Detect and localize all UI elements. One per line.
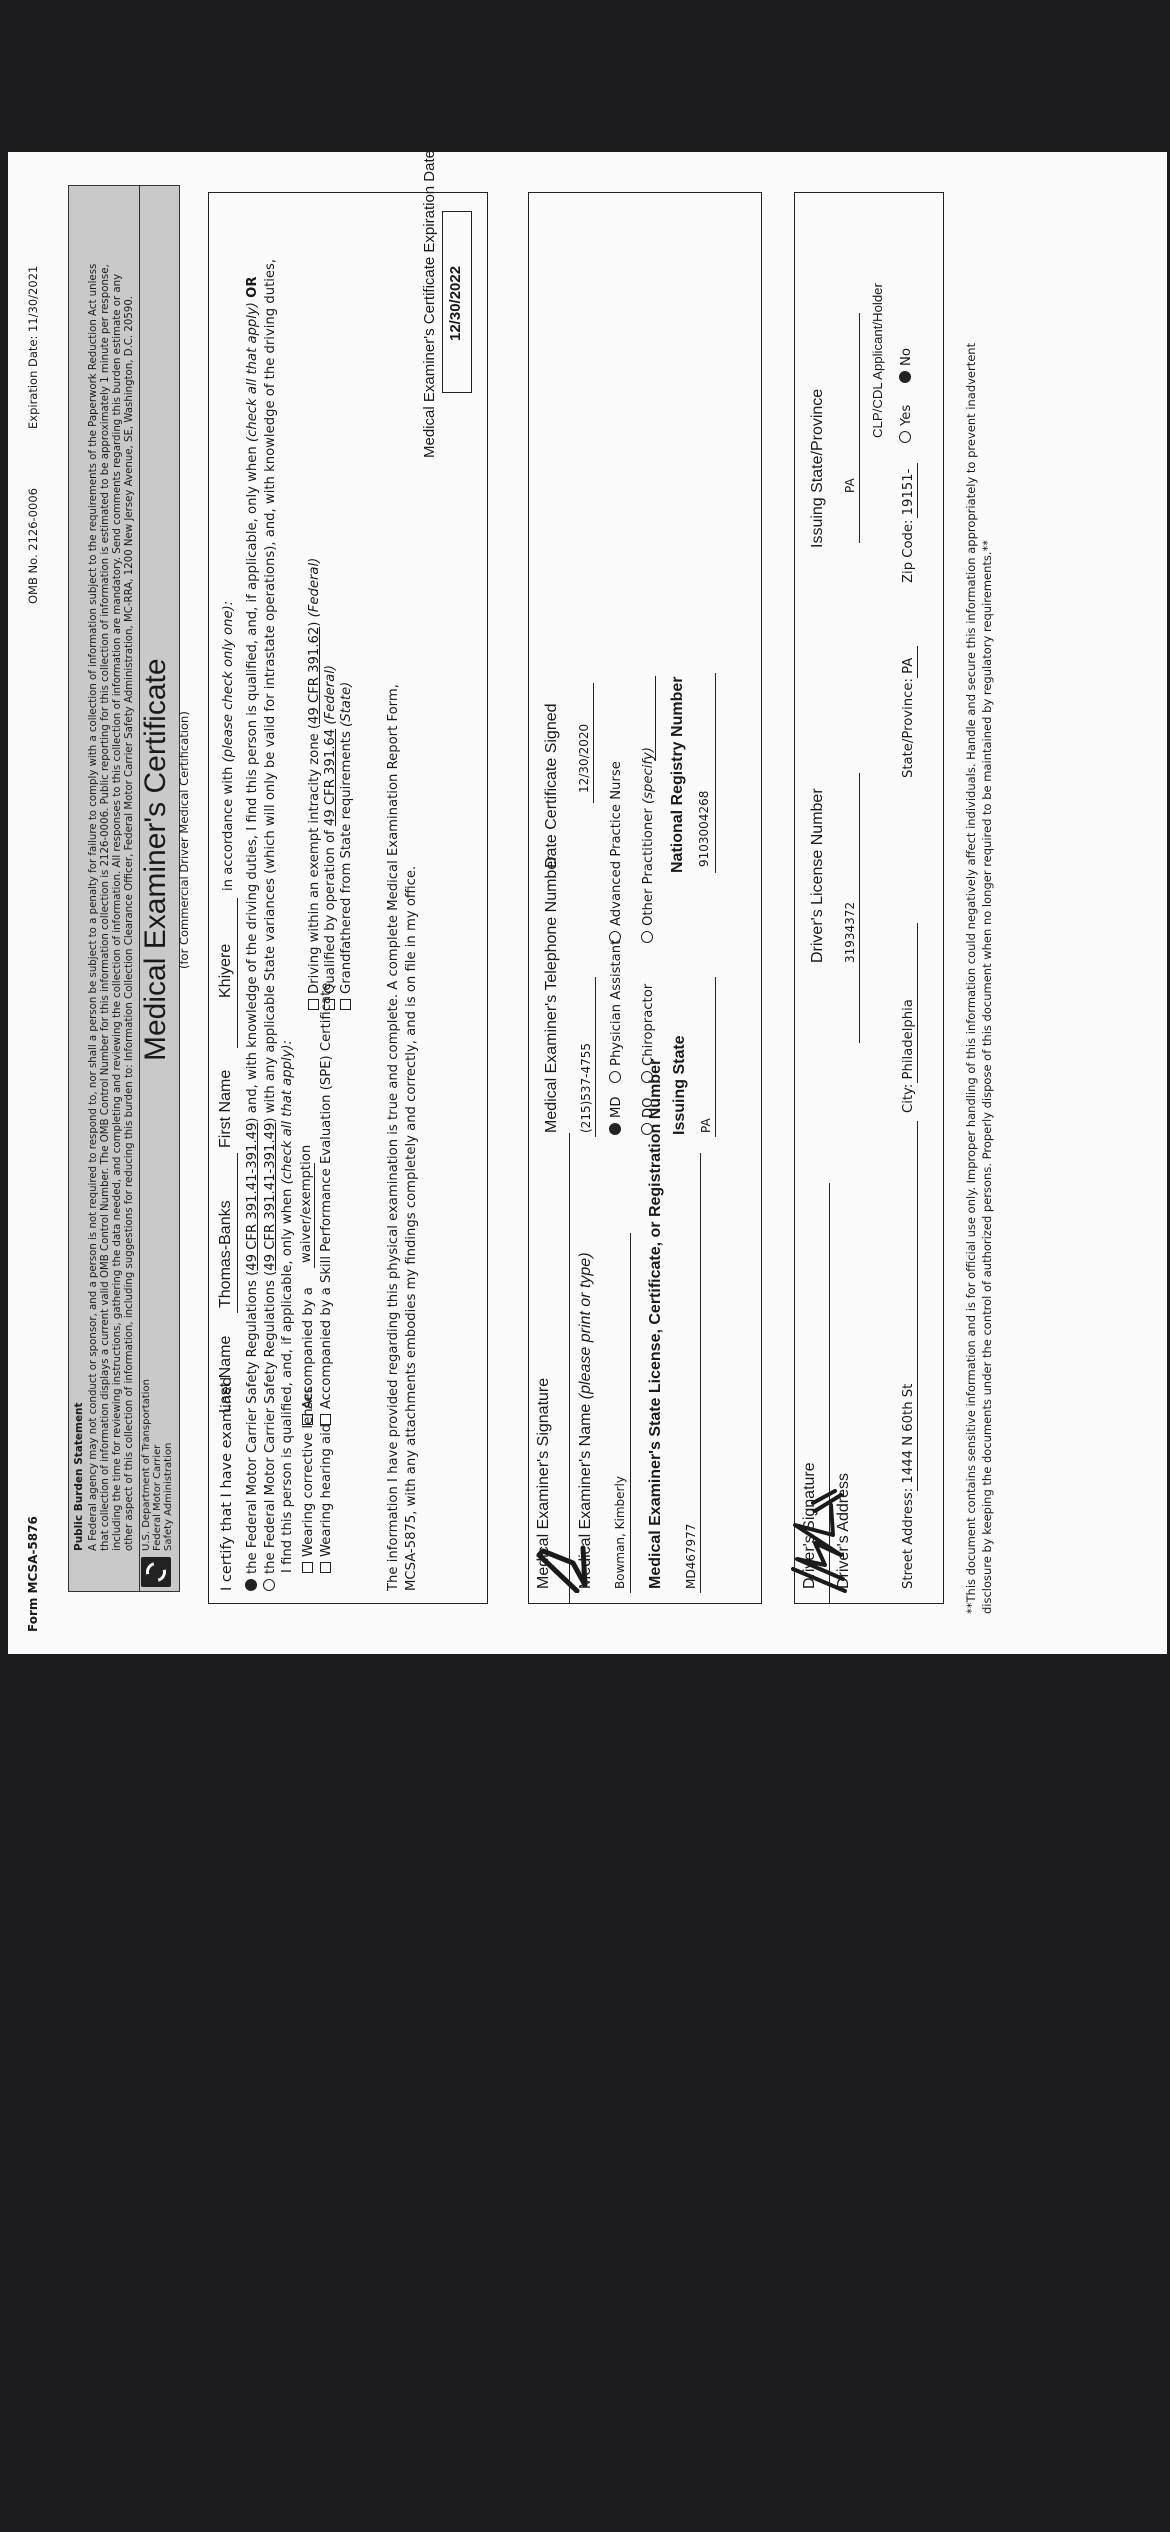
driver-issuing-underline: [859, 313, 860, 543]
option-state-variance[interactable]: the Federal Motor Carrier Safety Regulat…: [263, 259, 278, 1591]
condition-label: Grandfathered from State requirements: [339, 731, 354, 994]
cfr-link[interactable]: 49 CFR 391.41-391.49: [263, 1123, 278, 1271]
state-field[interactable]: State/Province: PA: [901, 658, 916, 778]
phone-underline: [595, 977, 596, 1137]
footer-line: **This document contains sensitive infor…: [964, 343, 978, 1614]
checkbox-icon[interactable]: [302, 1562, 313, 1573]
burden-line: including the time for reviewing instruc…: [112, 274, 123, 1551]
state-underline: [917, 646, 918, 678]
burden-line: A Federal agency may not conduct or spon…: [88, 264, 99, 1551]
agency-line: Safety Administration: [163, 1443, 174, 1551]
radio-state-variance-icon[interactable]: [263, 1579, 275, 1591]
condition-label: Driving within an exempt intracity zone …: [307, 724, 322, 994]
option2-post: ) with any applicable State variances (w…: [263, 259, 278, 1123]
zip-label: Zip Code:: [901, 520, 916, 583]
examiner-name-label: Medical Examiner's Name (please print or…: [577, 1252, 595, 1589]
burden-title: Public Burden Statement: [73, 1402, 85, 1551]
date-signed-label: Date Certificate Signed: [543, 703, 561, 868]
credential-label: MD: [609, 1096, 624, 1118]
license-label: Medical Examiner's State License, Certif…: [647, 1059, 665, 1589]
date-signed-underline: [593, 683, 594, 803]
checkbox-icon[interactable]: [302, 1414, 313, 1425]
credential-md[interactable]: MD: [609, 1096, 624, 1135]
city-underline: [917, 923, 918, 1083]
condition-waiver[interactable]: Accompanied by a: [301, 1287, 316, 1425]
license-value[interactable]: MD467977: [684, 1524, 698, 1589]
examiner-phone-value[interactable]: (215)537-4755: [579, 1043, 593, 1133]
city-field[interactable]: City: Philadelphia: [901, 999, 916, 1113]
scanned-page: Form MCSA-5876 OMB No. 2126-0006 Expirat…: [8, 152, 1167, 1654]
examiner-name-label-italic: (please print or type): [577, 1252, 594, 1399]
clp-no-label: No: [899, 348, 914, 366]
clp-label: CLP/CDL Applicant/Holder: [870, 283, 885, 438]
clp-yes-label: Yes: [899, 405, 914, 426]
option2-pre: the Federal Motor Carrier Safety Regulat…: [263, 1271, 278, 1574]
radio-icon[interactable]: [609, 931, 621, 943]
omb-number: OMB No. 2126-0006: [26, 488, 40, 604]
clp-no[interactable]: No: [899, 348, 914, 383]
burden-line: that collection of information displays …: [100, 264, 111, 1551]
certification-section: I certify that I have examined Last Name…: [208, 192, 488, 1604]
zip-value[interactable]: 19151-: [901, 469, 916, 516]
issuing-state-value[interactable]: PA: [699, 1118, 713, 1133]
cfr-link[interactable]: 49 CFR 391.62: [307, 627, 322, 724]
credential-apn[interactable]: Advanced Practice Nurse: [609, 761, 624, 943]
option1-or: OR: [245, 277, 260, 298]
driver-license-label: Driver's License Number: [809, 788, 827, 963]
clp-yes[interactable]: Yes: [899, 405, 914, 443]
option2-line2-text: I find this person is qualified, and, if…: [280, 1189, 295, 1573]
option1-italic: (check all that apply): [245, 302, 260, 442]
first-name-underline: [237, 898, 238, 1048]
street-underline: [917, 1121, 918, 1491]
issuing-state-label: Issuing State: [671, 1035, 689, 1135]
cfr-link[interactable]: 49 CFR 391.64: [323, 729, 338, 826]
checkbox-icon[interactable]: [308, 999, 319, 1010]
driver-license-underline: [859, 773, 860, 1043]
last-name-value[interactable]: Thomas-Banks: [217, 1200, 235, 1308]
option1-pre: the Federal Motor Carrier Safety Regulat…: [245, 1271, 260, 1574]
examiner-name-underline: [630, 1233, 631, 1593]
examiner-name-value[interactable]: Bowman, Kimberly: [613, 1476, 627, 1589]
footer-line: disclosure by keeping the documents unde…: [980, 540, 994, 1614]
examiner-signature-line: [569, 1133, 570, 1603]
condition-label: Accompanied by a Skill Performance Evalu…: [319, 983, 334, 1409]
examiner-phone-label: Medical Examiner's Telephone Number: [543, 855, 561, 1133]
driver-section: Driver's Signature Driver's License Numb…: [794, 192, 944, 1604]
driver-license-value[interactable]: 31934372: [843, 902, 857, 963]
condition-hearing-aid[interactable]: Wearing hearing aid: [319, 1424, 334, 1573]
last-name-underline: [237, 1153, 238, 1313]
certificate-subtitle: (for Commercial Driver Medical Certifica…: [177, 711, 191, 969]
radio-icon[interactable]: [609, 1071, 621, 1083]
option1-post: ) and, with knowledge of the driving dut…: [245, 446, 260, 1122]
statement-line: MCSA-5875, with any attachments embodies…: [404, 866, 419, 1591]
last-name-label: Last Name: [217, 1336, 235, 1413]
first-name-value[interactable]: Khiyere: [217, 944, 235, 998]
waiver-underline: [314, 1163, 315, 1268]
accordance-label: in accordance with: [221, 767, 236, 891]
credential-label: Advanced Practice Nurse: [609, 761, 624, 926]
street-value[interactable]: 1444 N 60th St: [901, 1384, 916, 1484]
city-value[interactable]: Philadelphia: [901, 999, 916, 1079]
other-practitioner-underline: [655, 676, 656, 761]
option-federal[interactable]: the Federal Motor Carrier Safety Regulat…: [245, 277, 260, 1591]
radio-icon[interactable]: [641, 931, 653, 943]
certificate-title: Medical Examiner's Certificate: [139, 658, 173, 1061]
credential-italic: (specify): [641, 747, 656, 804]
option2-line2-italic: (check all that apply):: [280, 1040, 295, 1184]
zip-field[interactable]: Zip Code: 19151-: [901, 469, 916, 583]
registry-underline: [715, 673, 716, 873]
radio-no-selected-icon[interactable]: [899, 371, 911, 383]
condition-italic: (Federal): [323, 665, 338, 725]
cfr-link[interactable]: 49 CFR 391.41-391.49: [245, 1123, 260, 1271]
option2-line2: I find this person is qualified, and, if…: [280, 1040, 295, 1573]
checkbox-icon[interactable]: [324, 999, 335, 1010]
checkbox-icon[interactable]: [340, 999, 351, 1010]
state-label: State/Province:: [901, 678, 916, 778]
checkbox-icon[interactable]: [320, 1414, 331, 1425]
radio-federal-selected-icon[interactable]: [245, 1579, 257, 1591]
condition-label: Wearing hearing aid: [319, 1424, 334, 1557]
form-expiration-date: Expiration Date: 11/30/2021: [26, 266, 40, 429]
radio-md-selected-icon[interactable]: [609, 1123, 621, 1135]
first-name-label: First Name: [217, 1070, 235, 1148]
examiner-name-label-text: Medical Examiner's Name: [577, 1404, 594, 1589]
checkbox-icon[interactable]: [320, 1562, 331, 1573]
waiver-suffix: waiver/exemption: [299, 1145, 314, 1263]
driver-issuing-label: Issuing State/Province: [809, 389, 827, 548]
condition-italic: (State): [339, 682, 354, 727]
date-signed-value[interactable]: 12/30/2020: [577, 724, 591, 793]
license-underline: [700, 1153, 701, 1593]
street-field[interactable]: Street Address: 1444 N 60th St: [901, 1384, 916, 1589]
zip-underline: [917, 463, 918, 518]
form-mcsa-5876: Form MCSA-5876 OMB No. 2126-0006 Expirat…: [8, 152, 1167, 1654]
condition-grandfathered[interactable]: Grandfathered from State requirements (S…: [339, 682, 354, 1010]
registry-value[interactable]: 9103004268: [697, 791, 711, 867]
accordance-italic: (please check only one):: [221, 601, 236, 763]
radio-yes-icon[interactable]: [899, 431, 911, 443]
condition-post: ): [307, 622, 322, 627]
examiner-section: Medical Examiner's Signature Medical Exa…: [528, 192, 762, 1604]
form-number: Form MCSA-5876: [26, 1516, 40, 1632]
city-label: City:: [901, 1084, 916, 1113]
condition-spe[interactable]: Accompanied by a Skill Performance Evalu…: [319, 983, 334, 1425]
issuing-state-underline: [715, 977, 716, 1137]
driver-issuing-value[interactable]: PA: [843, 478, 857, 493]
driver-address-label: Driver's Address: [835, 1473, 853, 1589]
credential-label: Other Practitioner: [641, 808, 656, 926]
public-burden-header: Public Burden Statement A Federal agency…: [68, 185, 180, 1592]
registry-label: National Registry Number: [669, 677, 687, 873]
burden-line: other aspect of this collection of infor…: [124, 296, 135, 1551]
credential-pa[interactable]: Physician Assistant: [609, 940, 624, 1083]
credential-other[interactable]: Other Practitioner (specify): [641, 747, 656, 943]
condition-label: Accompanied by a: [301, 1287, 316, 1409]
expiration-date-label: Medical Examiner's Certificate Expiratio…: [421, 152, 438, 458]
condition-label: Qualified by operation of: [323, 830, 338, 994]
credential-label: Physician Assistant: [609, 940, 624, 1066]
state-value[interactable]: PA: [901, 658, 916, 674]
statement-line: The information I have provided regardin…: [386, 684, 401, 1591]
street-label: Street Address:: [901, 1488, 916, 1589]
agency-line: U.S. Department of Transportation: [141, 1379, 152, 1551]
condition-italic: (Federal): [307, 558, 322, 618]
agency-line: Federal Motor Carrier: [152, 1445, 163, 1551]
condition-qualified-operation[interactable]: Qualified by operation of 49 CFR 391.64 …: [323, 665, 338, 1010]
accordance-text: in accordance with (please check only on…: [221, 601, 236, 891]
expiration-date-value[interactable]: 12/30/2022: [447, 266, 464, 341]
condition-intracity[interactable]: Driving within an exempt intracity zone …: [307, 558, 322, 1010]
dot-logo-icon: [141, 1557, 171, 1587]
credential-label: Chiropractor: [641, 984, 656, 1066]
driver-signature-line: [829, 1183, 830, 1603]
burden-statement-box: Public Burden Statement A Federal agency…: [69, 186, 140, 1591]
